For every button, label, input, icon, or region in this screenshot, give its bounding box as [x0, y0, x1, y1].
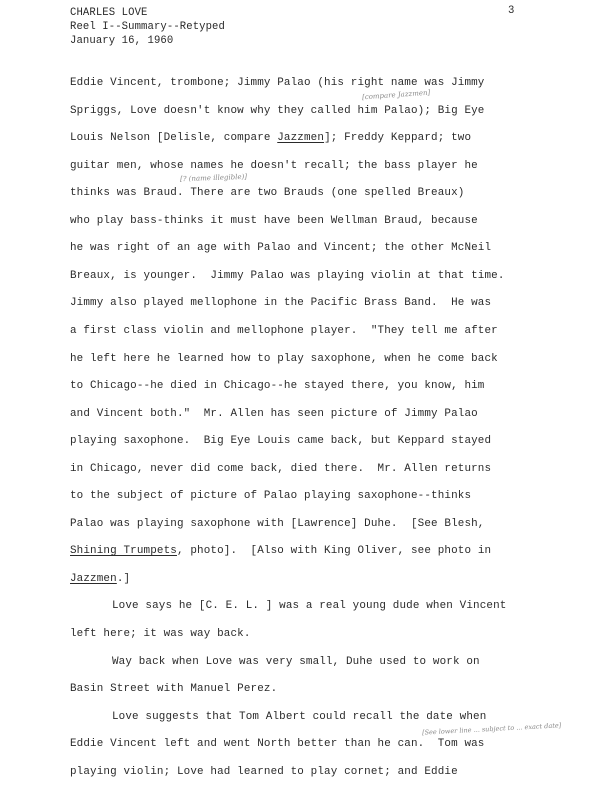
text-line: and Vincent both." Mr. Allen has seen pi…	[70, 407, 478, 421]
underlined-title: Shining Trumpets	[70, 545, 177, 557]
text-line: guitar men, whose names he doesn't recal…	[70, 159, 478, 173]
text-segment: and Vincent both." Mr. Allen has seen pi…	[70, 408, 478, 420]
text-line: he left here he learned how to play saxo…	[70, 352, 498, 366]
text-segment: who play bass-thinks it must have been W…	[70, 215, 478, 227]
text-segment: left here; it was way back.	[70, 628, 251, 640]
text-line: playing saxophone. Big Eye Louis came ba…	[70, 434, 491, 448]
text-line: Eddie Vincent left and went North better…	[70, 737, 485, 751]
header-date: January 16, 1960	[70, 34, 173, 48]
text-line: in Chicago, never did come back, died th…	[70, 462, 491, 476]
text-segment: Louis Nelson [Delisle, compare	[70, 132, 277, 144]
text-segment: Basin Street with Manuel Perez.	[70, 683, 277, 695]
text-segment: .]	[117, 573, 130, 585]
text-segment: in Chicago, never did come back, died th…	[70, 463, 491, 475]
text-line: Basin Street with Manuel Perez.	[70, 682, 277, 696]
text-line: Palao was playing saxophone with [Lawren…	[70, 517, 485, 531]
text-segment: , photo]. [Also with King Oliver, see ph…	[177, 545, 491, 557]
text-segment: Eddie Vincent left and went North better…	[70, 738, 485, 750]
text-line: thinks was Braud. There are two Brauds (…	[70, 186, 464, 200]
underlined-title: Jazzmen	[70, 573, 117, 585]
text-segment: Spriggs, Love doesn't know why they call…	[70, 105, 485, 117]
text-segment: Breaux, is younger. Jimmy Palao was play…	[70, 270, 505, 282]
text-segment: Jimmy also played mellophone in the Paci…	[70, 297, 491, 309]
text-line: Jazzmen.]	[70, 572, 130, 586]
text-segment: Palao was playing saxophone with [Lawren…	[70, 518, 485, 530]
header-reel: Reel I--Summary--Retyped	[70, 20, 225, 34]
text-line: Eddie Vincent, trombone; Jimmy Palao (hi…	[70, 76, 485, 90]
header-name: CHARLES LOVE	[70, 6, 148, 20]
underlined-title: Jazzmen	[277, 132, 324, 144]
text-line: to Chicago--he died in Chicago--he staye…	[70, 379, 485, 393]
text-segment: guitar men, whose names he doesn't recal…	[70, 160, 478, 172]
document-page: CHARLES LOVE Reel I--Summary--Retyped Ja…	[0, 0, 612, 792]
text-line: Jimmy also played mellophone in the Paci…	[70, 296, 491, 310]
text-segment: he was right of an age with Palao and Vi…	[70, 242, 491, 254]
handwritten-note: [See lower line ... subject to ... exact…	[422, 722, 562, 737]
text-segment: playing violin; Love had learned to play…	[70, 766, 458, 778]
text-line: he was right of an age with Palao and Vi…	[70, 241, 491, 255]
text-line: Love suggests that Tom Albert could reca…	[112, 710, 486, 724]
text-line: Louis Nelson [Delisle, compare Jazzmen];…	[70, 131, 471, 145]
text-segment: to the subject of picture of Palao playi…	[70, 490, 471, 502]
text-segment: ]; Freddy Keppard; two	[324, 132, 471, 144]
text-line: Love says he [C. E. L. ] was a real youn…	[112, 599, 506, 613]
text-segment: thinks was Braud. There are two Brauds (…	[70, 187, 464, 199]
text-line: left here; it was way back.	[70, 627, 251, 641]
handwritten-note: [? (name illegible)]	[180, 173, 247, 183]
text-line: Way back when Love was very small, Duhe …	[112, 655, 480, 669]
text-line: Breaux, is younger. Jimmy Palao was play…	[70, 269, 505, 283]
text-line: who play bass-thinks it must have been W…	[70, 214, 478, 228]
text-segment: a first class violin and mellophone play…	[70, 325, 498, 337]
page-number: 3	[508, 5, 514, 17]
text-line: to the subject of picture of Palao playi…	[70, 489, 471, 503]
text-segment: playing saxophone. Big Eye Louis came ba…	[70, 435, 491, 447]
text-line: a first class violin and mellophone play…	[70, 324, 498, 338]
text-segment: Way back when Love was very small, Duhe …	[112, 656, 480, 668]
text-segment: Eddie Vincent, trombone; Jimmy Palao (hi…	[70, 77, 485, 89]
text-line: Shining Trumpets, photo]. [Also with Kin…	[70, 544, 491, 558]
text-segment: Love says he [C. E. L. ] was a real youn…	[112, 600, 506, 612]
text-segment: he left here he learned how to play saxo…	[70, 353, 498, 365]
handwritten-note: [compare Jazzmen]	[362, 88, 431, 101]
text-segment: Love suggests that Tom Albert could reca…	[112, 711, 486, 723]
text-segment: to Chicago--he died in Chicago--he staye…	[70, 380, 485, 392]
text-line: Spriggs, Love doesn't know why they call…	[70, 104, 485, 118]
text-line: playing violin; Love had learned to play…	[70, 765, 458, 779]
